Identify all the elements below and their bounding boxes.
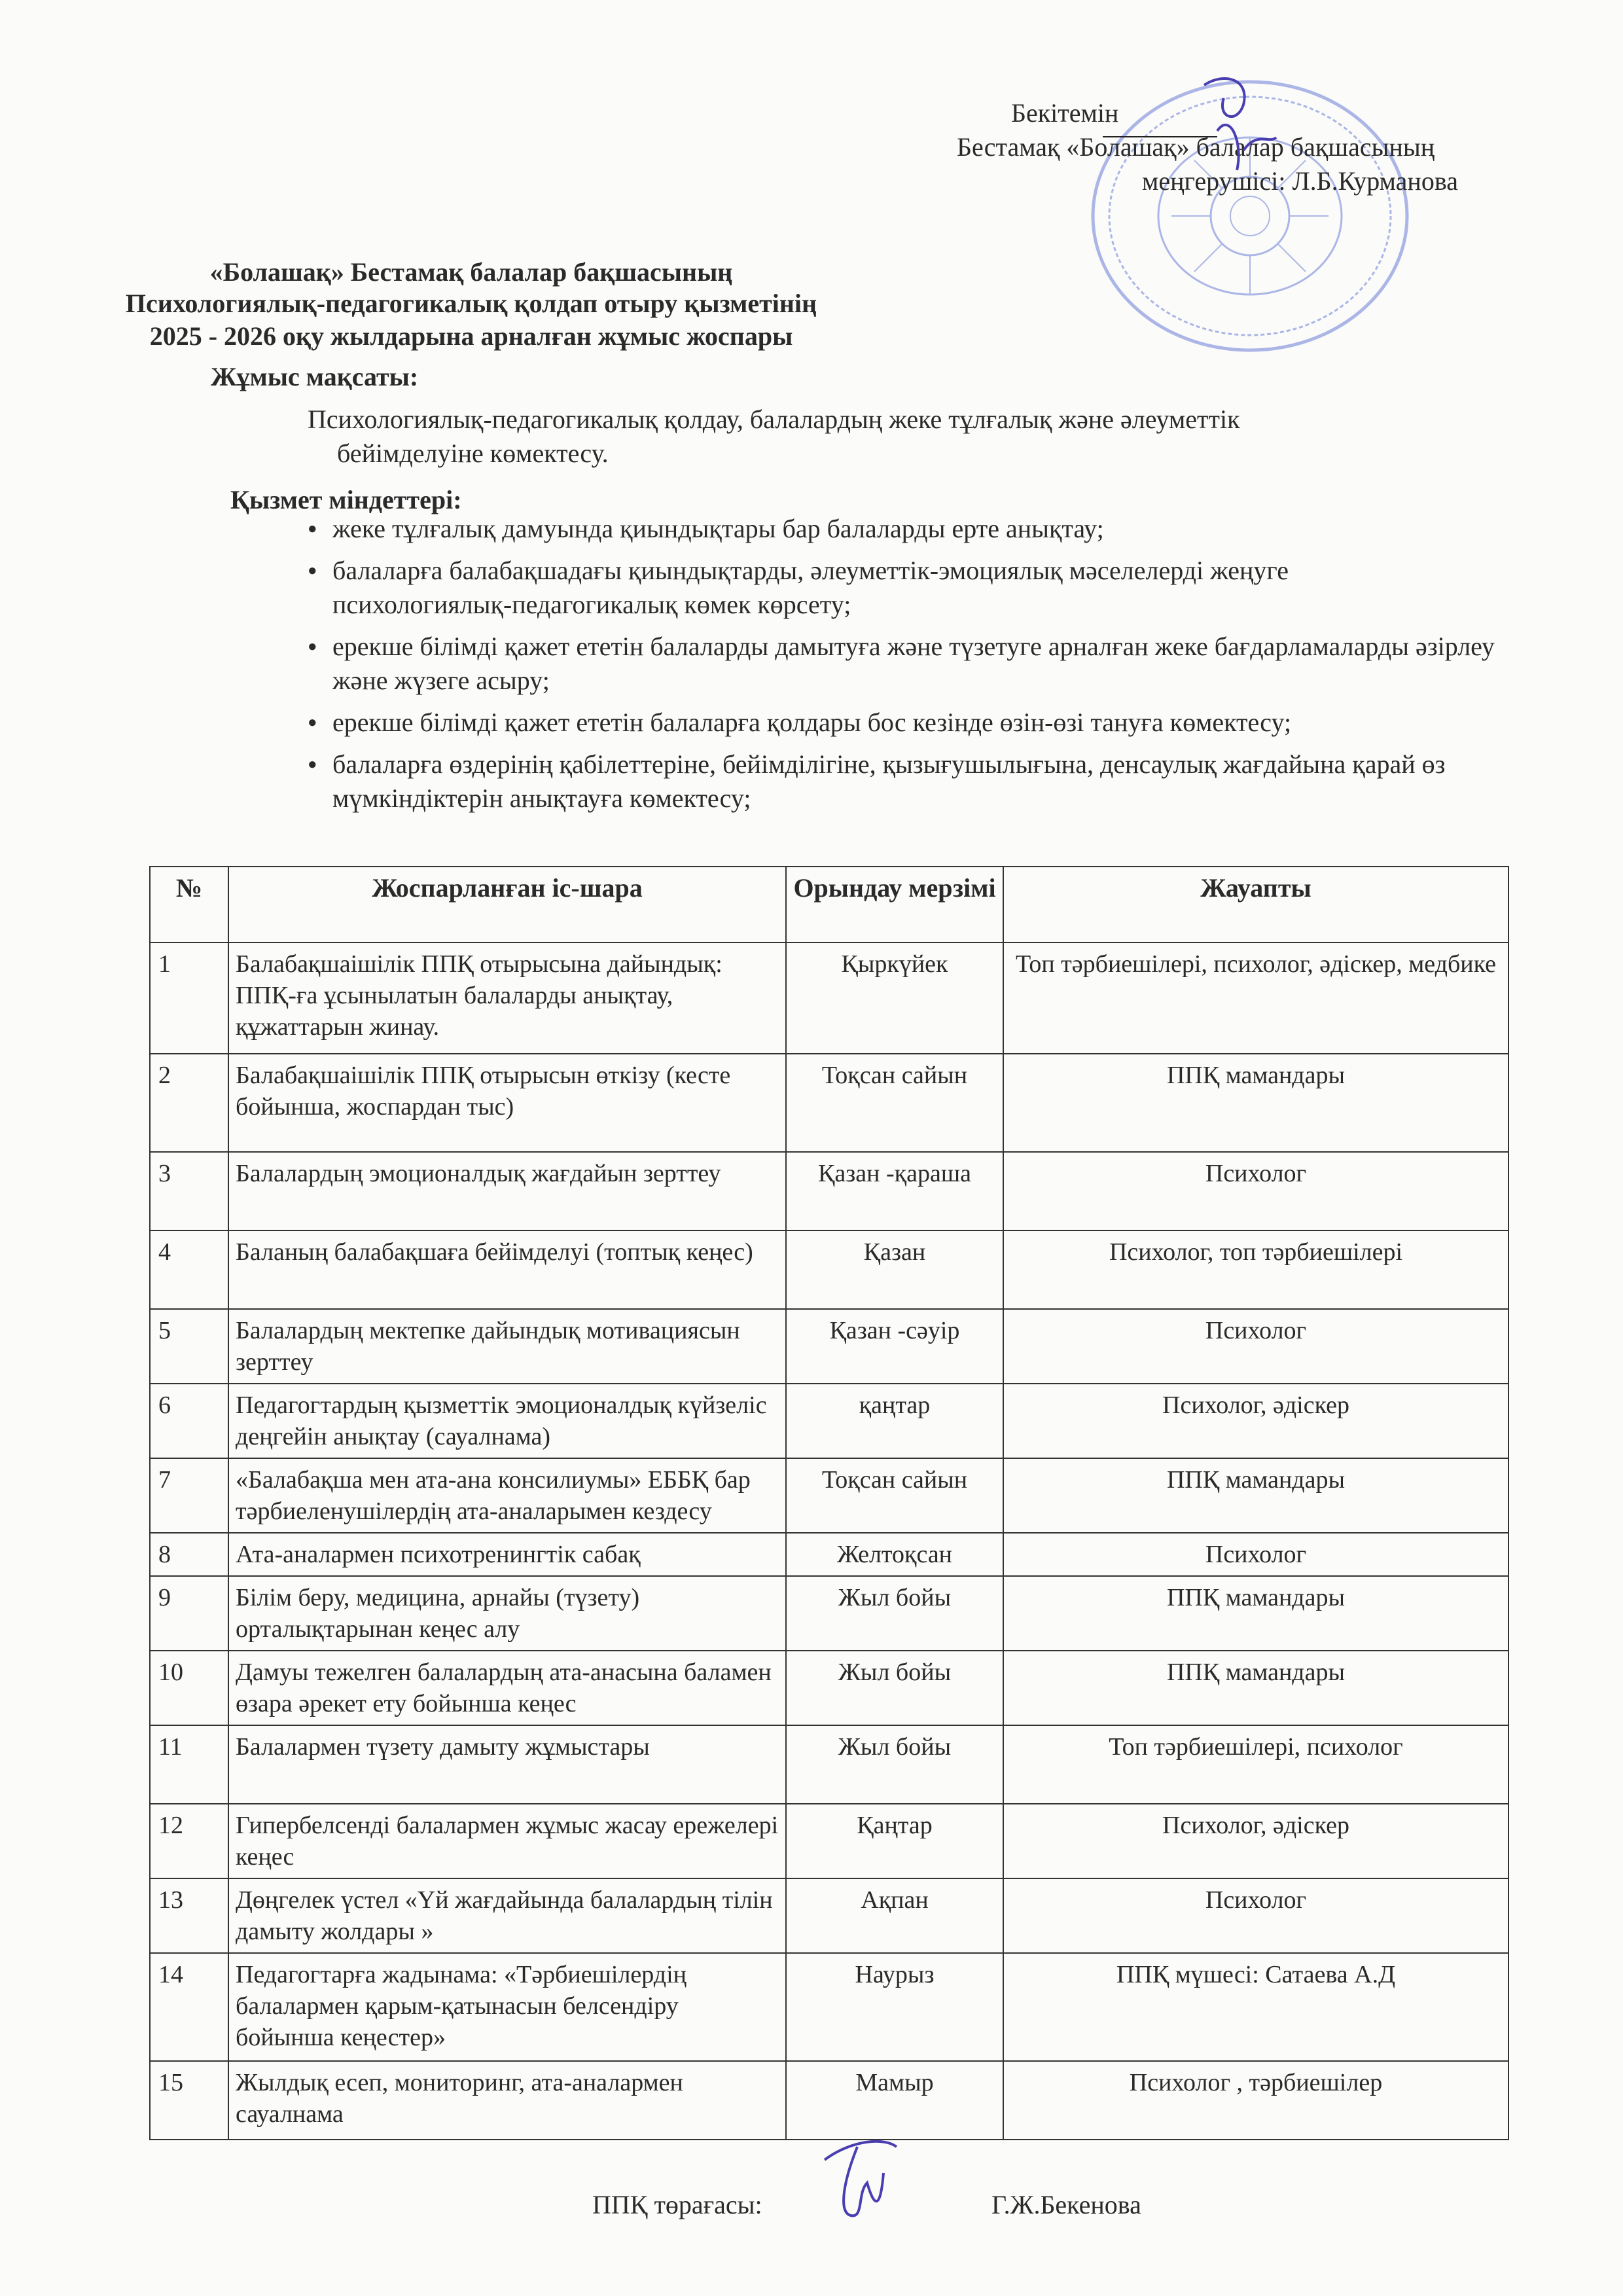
col-header-responsible: Жауапты [1003, 867, 1508, 942]
row-number: 10 [150, 1651, 228, 1725]
table-body: 1Балабақшаішілік ППҚ отырысына дайындық:… [150, 942, 1508, 2140]
tasks-heading: Қызмет міндеттері: [230, 484, 462, 515]
doc-title-line-2: Психологиялық-педагогикалық қолдап отыру… [0, 288, 1283, 319]
deadline-cell: Қазан -қараша [786, 1152, 1003, 1230]
deadline-cell: Жыл бойы [786, 1651, 1003, 1725]
work-plan-table: № Жоспарланған іс-шара Орындау мерзімі Ж… [149, 866, 1509, 2140]
table-row: 15 Жылдық есеп, мониторинг, ата-аналарме… [150, 2061, 1508, 2140]
task-item: балаларға өздерінің қабілеттеріне, бейім… [308, 747, 1499, 816]
responsible-cell: Топ тәрбиешілері, психолог [1003, 1725, 1508, 1804]
responsible-cell: Психолог [1003, 1309, 1508, 1384]
deadline-cell: Тоқсан сайын [786, 1054, 1003, 1152]
responsible-cell: ППҚ мамандары [1003, 1576, 1508, 1651]
tasks-list: жеке тұлғалық дамуында қиындықтары бар б… [308, 512, 1499, 823]
table-row: 12Гипербелсенді балалармен жұмыс жасау е… [150, 1804, 1508, 1878]
row-number: 15 [150, 2061, 228, 2140]
deadline-cell: Мамыр [786, 2061, 1003, 2140]
table-row: 5 Балалардың мектепке дайындық мотивация… [150, 1309, 1508, 1384]
event-cell: Балабақшаішілік ППҚ отырысына дайындық: … [228, 942, 786, 1054]
deadline-cell: Қаңтар [786, 1804, 1003, 1878]
event-cell: Педагогтарға жадынама: «Тәрбиешілердің б… [228, 1953, 786, 2061]
chair-name: Г.Ж.Бекенова [991, 2189, 1141, 2220]
event-cell: Балалардың эмоционалдық жағдайын зерттеу [228, 1152, 786, 1230]
row-number: 12 [150, 1804, 228, 1878]
event-cell: Дөңгелек үстел «Үй жағдайында балалардың… [228, 1878, 786, 1953]
responsible-cell: Психолог, әдіскер [1003, 1384, 1508, 1458]
responsible-cell: Психолог, топ тәрбиешілері [1003, 1230, 1508, 1309]
task-item: жеке тұлғалық дамуында қиындықтары бар б… [308, 512, 1499, 546]
table-row: 4Баланың балабақшаға бейімделуі (топтық … [150, 1230, 1508, 1309]
table-row: 9Білім беру, медицина, арнайы (түзету) о… [150, 1576, 1508, 1651]
row-number: 4 [150, 1230, 228, 1309]
table-row: 14 Педагогтарға жадынама: «Тәрбиешілерді… [150, 1953, 1508, 2061]
table-row: 11Балалармен түзету дамыту жұмыстарыЖыл … [150, 1725, 1508, 1804]
row-number: 11 [150, 1725, 228, 1804]
approved-label: Бекітемін [1011, 96, 1118, 131]
responsible-cell: Психолог, әдіскер [1003, 1804, 1508, 1878]
deadline-cell: Ақпан [786, 1878, 1003, 1953]
table-row: 3Балалардың эмоционалдық жағдайын зертте… [150, 1152, 1508, 1230]
event-cell: Балалардың мектепке дайындық мотивациясы… [228, 1309, 786, 1384]
table-row: 1Балабақшаішілік ППҚ отырысына дайындық:… [150, 942, 1508, 1054]
table-row: 13 Дөңгелек үстел «Үй жағдайында балалар… [150, 1878, 1508, 1953]
deadline-cell: қаңтар [786, 1384, 1003, 1458]
responsible-cell: ППҚ мамандары [1003, 1651, 1508, 1725]
row-number: 7 [150, 1458, 228, 1533]
responsible-cell: Психолог [1003, 1533, 1508, 1576]
row-number: 9 [150, 1576, 228, 1651]
event-cell: Гипербелсенді балалармен жұмыс жасау ере… [228, 1804, 786, 1878]
responsible-cell: Топ тәрбиешілері, психолог, әдіскер, мед… [1003, 942, 1508, 1054]
deadline-cell: Жыл бойы [786, 1576, 1003, 1651]
event-cell: Дамуы тежелген балалардың ата-анасына ба… [228, 1651, 786, 1725]
task-item: ерекше білімді қажет ететін балаларды да… [308, 630, 1499, 698]
doc-title-line-1: «Болашақ» Бестамақ балалар бақшасының [0, 257, 1283, 288]
row-number: 6 [150, 1384, 228, 1458]
responsible-cell: Психолог , тәрбиешілер [1003, 2061, 1508, 2140]
goal-text-line-1: Психологиялық-педагогикалық қолдау, бала… [308, 403, 1240, 437]
table-header-row: № Жоспарланған іс-шара Орындау мерзімі Ж… [150, 867, 1508, 942]
event-cell: Балалармен түзету дамыту жұмыстары [228, 1725, 786, 1804]
responsible-cell: ППҚ мүшесі: Сатаева А.Д [1003, 1953, 1508, 2061]
event-cell: Ата-аналармен психотренингтік сабақ [228, 1533, 786, 1576]
table-row: 10Дамуы тежелген балалардың ата-анасына … [150, 1651, 1508, 1725]
task-item: ерекше білімді қажет ететін балаларға қо… [308, 706, 1499, 740]
event-cell: Балабақшаішілік ППҚ отырысын өткізу (кес… [228, 1054, 786, 1152]
deadline-cell: Наурыз [786, 1953, 1003, 2061]
deadline-cell: Қазан -сәуір [786, 1309, 1003, 1384]
chair-signature-icon [811, 2134, 910, 2225]
deadline-cell: Қыркүйек [786, 942, 1003, 1054]
responsible-cell: Психолог [1003, 1152, 1508, 1230]
deadline-cell: Тоқсан сайын [786, 1458, 1003, 1533]
event-cell: Білім беру, медицина, арнайы (түзету) ор… [228, 1576, 786, 1651]
goal-text-line-2: бейімделуіне көмектесу. [337, 437, 609, 471]
row-number: 8 [150, 1533, 228, 1576]
row-number: 3 [150, 1152, 228, 1230]
table-row: 7«Балабақша мен ата-ана консилиумы» ЕББҚ… [150, 1458, 1508, 1533]
responsible-cell: ППҚ мамандары [1003, 1054, 1508, 1152]
row-number: 14 [150, 1953, 228, 2061]
table-row: 2Балабақшаішілік ППҚ отырысын өткізу (ке… [150, 1054, 1508, 1152]
responsible-cell: ППҚ мамандары [1003, 1458, 1508, 1533]
responsible-cell: Психолог [1003, 1878, 1508, 1953]
chair-label: ППҚ төрағасы: [592, 2189, 762, 2220]
row-number: 5 [150, 1309, 228, 1384]
event-cell: Баланың балабақшаға бейімделуі (топтық к… [228, 1230, 786, 1309]
row-number: 1 [150, 942, 228, 1054]
task-item: балаларға балабақшадағы қиындықтарды, әл… [308, 554, 1499, 622]
deadline-cell: Қазан [786, 1230, 1003, 1309]
event-cell: Педагогтардың қызметтік эмоционалдық күй… [228, 1384, 786, 1458]
col-header-deadline: Орындау мерзімі [786, 867, 1003, 942]
director-signature-icon [1178, 72, 1283, 183]
event-cell: Жылдық есеп, мониторинг, ата-аналармен с… [228, 2061, 786, 2140]
event-cell: «Балабақша мен ата-ана консилиумы» ЕББҚ … [228, 1458, 786, 1533]
col-header-event: Жоспарланған іс-шара [228, 867, 786, 942]
row-number: 13 [150, 1878, 228, 1953]
row-number: 2 [150, 1054, 228, 1152]
col-header-number: № [150, 867, 228, 942]
doc-title-line-3: 2025 - 2026 оқу жылдарына арналған жұмыс… [0, 321, 1283, 352]
deadline-cell: Жыл бойы [786, 1725, 1003, 1804]
goal-heading: Жұмыс мақсаты: [211, 361, 418, 392]
table-row: 6Педагогтардың қызметтік эмоционалдық кү… [150, 1384, 1508, 1458]
deadline-cell: Желтоқсан [786, 1533, 1003, 1576]
table-row: 8Ата-аналармен психотренингтік сабақЖелт… [150, 1533, 1508, 1576]
